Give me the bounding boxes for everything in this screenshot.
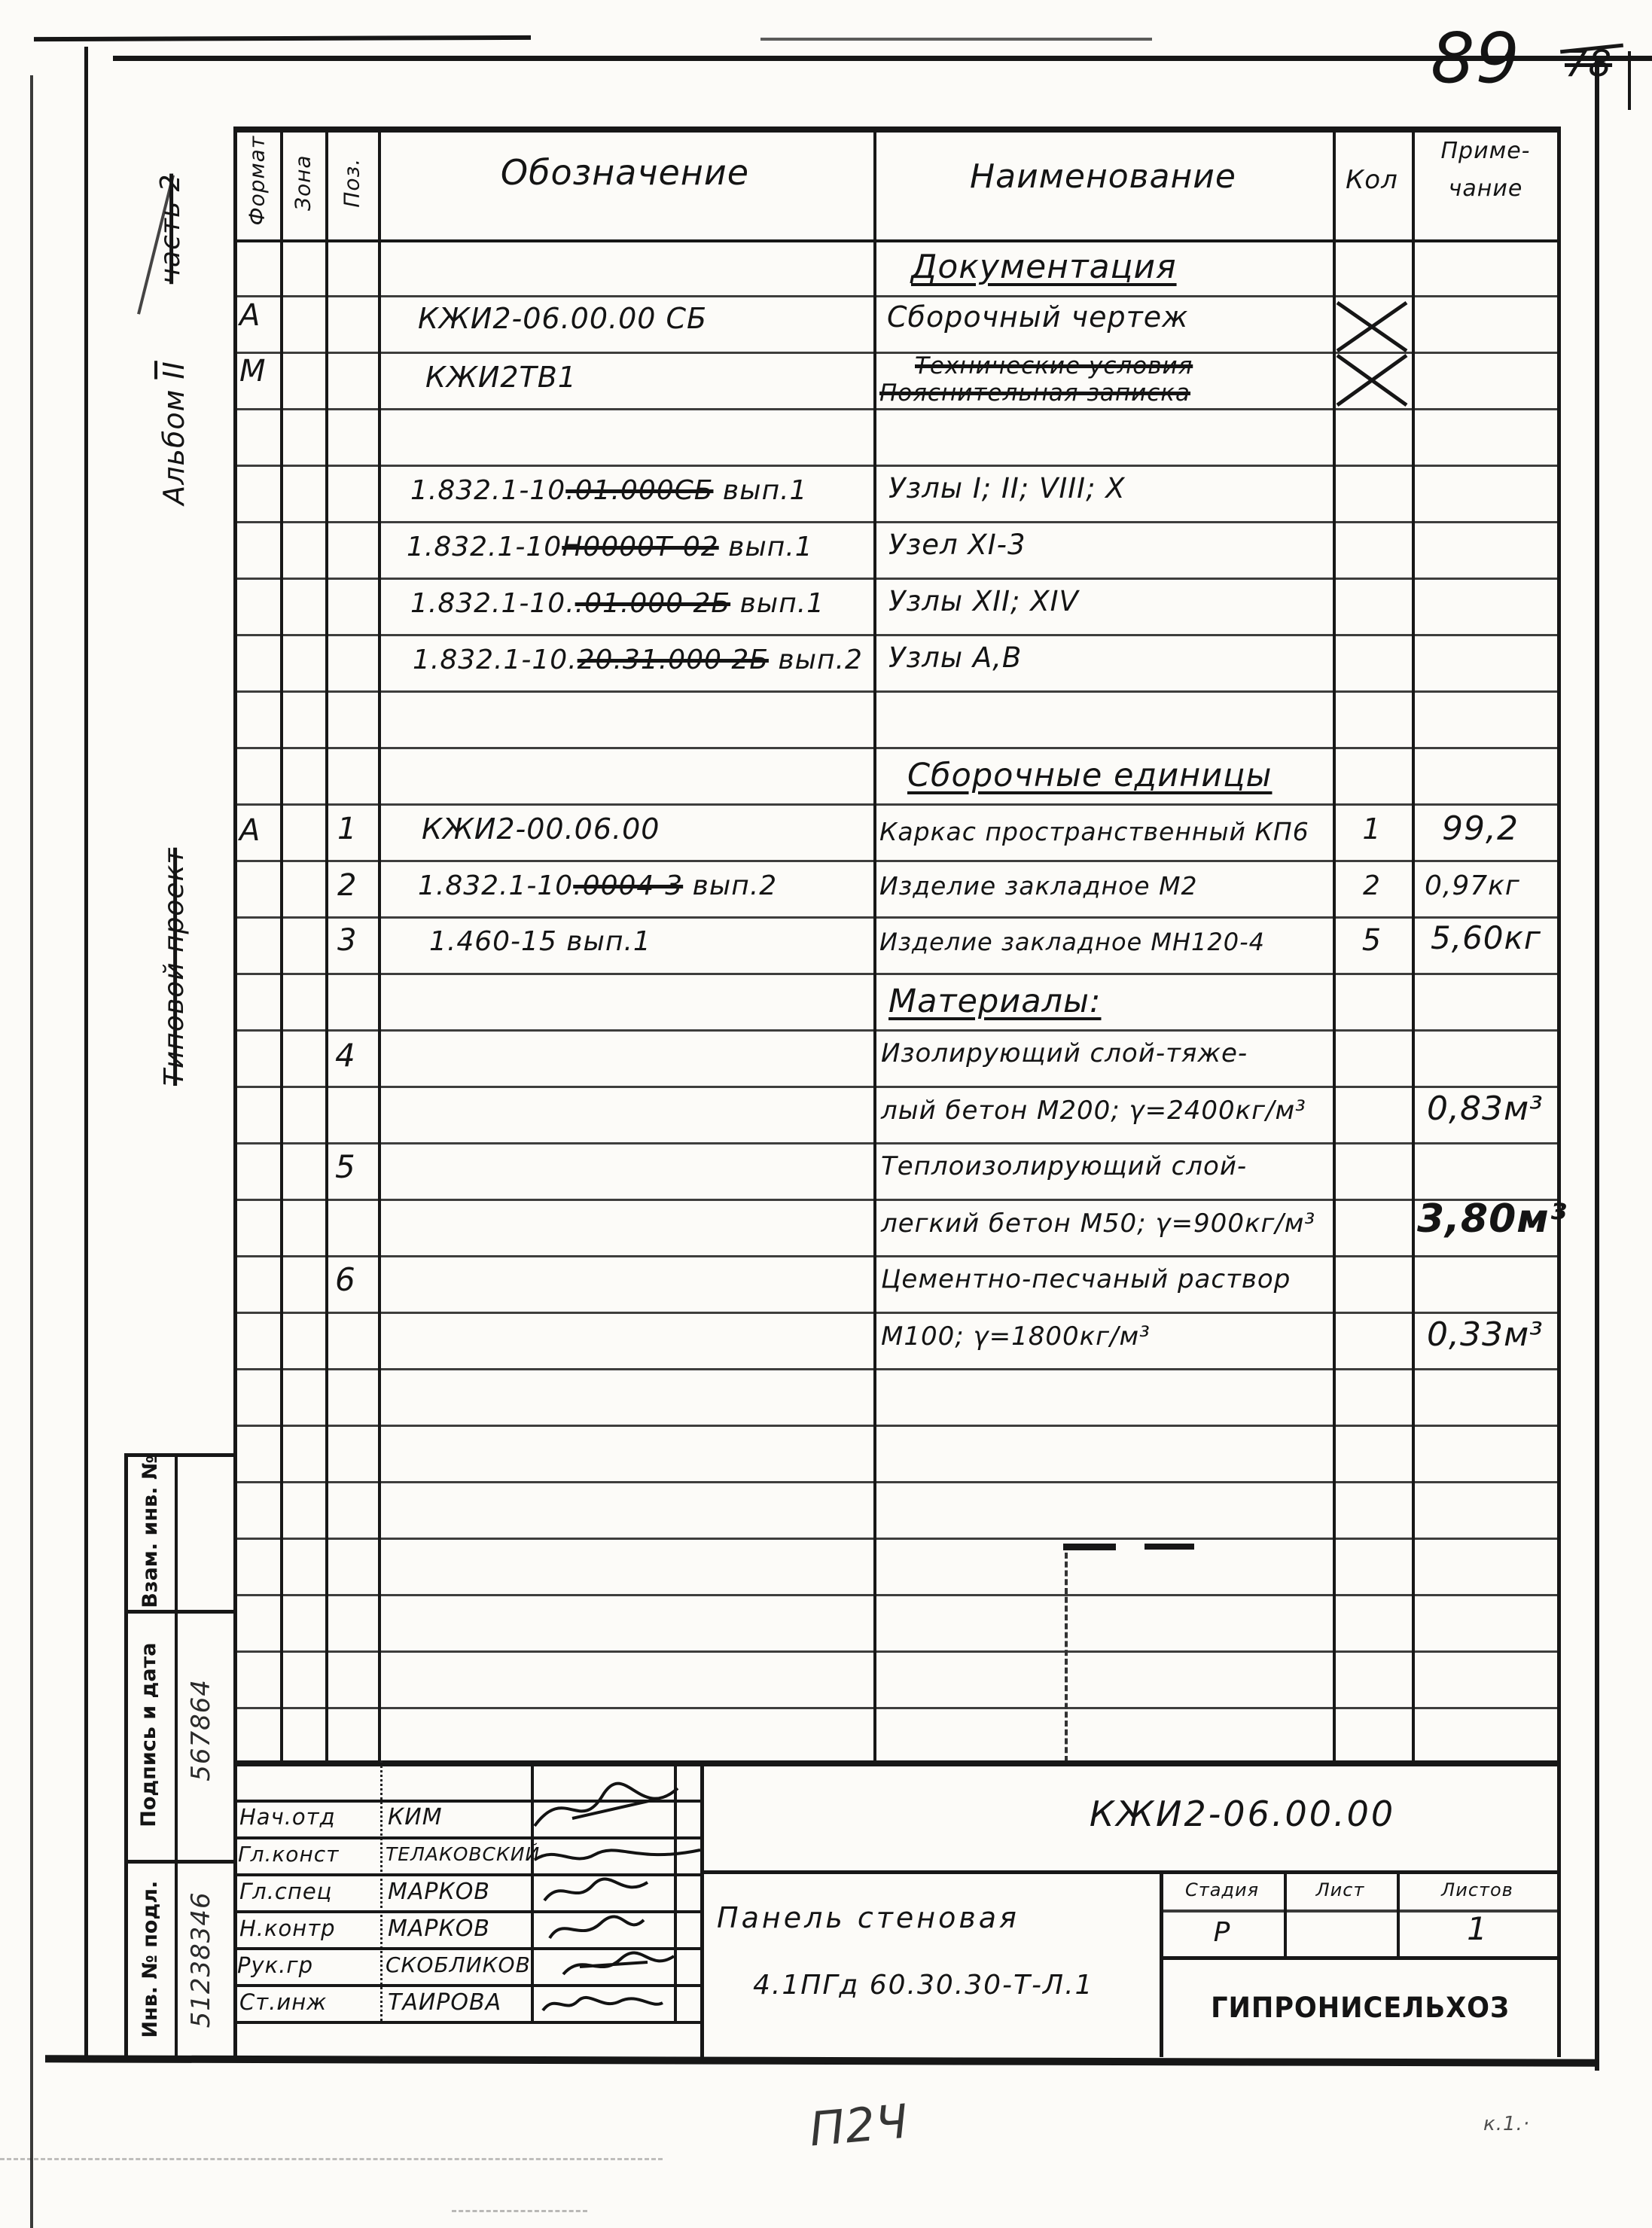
album-word: Альбом (157, 389, 190, 505)
name-cell: Узлы А,В (888, 644, 1022, 673)
designation-struck: .0004-3 (573, 870, 683, 901)
name-cell: Изделие закладное МН120-4 (879, 930, 1265, 956)
name-cell: лый бетон М200; γ=2400кг/м³ (881, 1098, 1306, 1125)
col-header-zone: Зона (291, 134, 313, 232)
pos-cell: 1 (337, 813, 357, 845)
footer-scribble: П2Ч (807, 2096, 910, 2153)
designation-issue: вып.1 (740, 588, 825, 619)
section-heading-materials: Материалы: (888, 985, 1101, 1019)
name-cell: Узел XI-3 (888, 531, 1026, 560)
signer-name: СКОБЛИКОВ (386, 1954, 531, 1976)
signature (542, 1913, 648, 1946)
signer-role: Рук.гр (237, 1954, 313, 1977)
format-cell: А (239, 815, 261, 846)
frame-bottom-line (45, 2055, 1596, 2066)
designation-prefix: 1.832.1-10. (413, 645, 578, 675)
signature (538, 1876, 651, 1908)
name-cell: Сборочный чертеж (887, 303, 1188, 333)
vzam-inv-label: Взам. инв. № (140, 1426, 161, 1637)
designation-cell: 1.832.1-10.20.31.000 2Б вып.2 (413, 646, 863, 675)
frame-top-line (34, 35, 531, 41)
signer-name: ТАИРОВА (388, 1991, 501, 2015)
name-cell: Изолирующий слой-тяже- (881, 1041, 1248, 1068)
organization-name: ГИПРОНИСЕЛЬХОЗ (1173, 1994, 1547, 2023)
designation-issue: вып.2 (778, 645, 863, 675)
col-header-format: Формат (245, 120, 267, 241)
format-cell: А (239, 300, 261, 331)
section-heading-units: Сборочные единицы (907, 759, 1272, 793)
designation-cell: 1.832.1-10Н0000Т-02 вып.1 (407, 533, 813, 562)
scanned-specification-sheet: 89 78 часть 2 Альбом II Типовой проект В… (0, 0, 1652, 2228)
name-cell: Изделие закладное М2 (879, 873, 1198, 900)
titleblock-line (1160, 1956, 1557, 1960)
stage-value: Р (1161, 1919, 1283, 1947)
pencil-mark (1063, 1544, 1116, 1550)
designation-cell: 1.832.1-10..01.000 2Б вып.1 (410, 590, 824, 618)
margin-project-note: Типовой проект (160, 839, 189, 1095)
signature (527, 1777, 685, 1837)
signature (538, 1988, 666, 2019)
album-number: II (157, 361, 190, 379)
name-cell: Каркас пространственный КП6 (879, 819, 1309, 846)
name-cell: Теплоизолирующий слой- (881, 1154, 1247, 1181)
qty-cross-mark (1334, 352, 1410, 408)
inv-podl-label: Инв. № подл. (140, 1850, 161, 2068)
podpis-handwritten-number: 567864 (188, 1640, 215, 1821)
format-cell: М (239, 355, 267, 387)
signer-name: КИМ (388, 1806, 443, 1830)
signer-name: МАРКОВ (388, 1880, 490, 1904)
titleblock-line (700, 1870, 1557, 1874)
table-line (1557, 126, 1561, 2057)
sheets-value: 1 (1398, 1913, 1556, 1946)
signer-name: ТЕЛАКОВСКИЙ (386, 1845, 540, 1864)
margin-album-note: Альбом II (160, 328, 190, 538)
designation-prefix: 1.832.1-10 (418, 870, 573, 901)
strip-line (175, 1453, 178, 2057)
section-heading-docs: Документация (911, 250, 1177, 285)
titleblock-line (233, 2021, 700, 2024)
signature (531, 1841, 704, 1871)
col-header-pos: Поз. (340, 134, 362, 232)
designation-cell: 1.832.1-10.01.000СБ вып.1 (410, 477, 807, 505)
designation-prefix: 1.832.1-10 (407, 532, 562, 562)
inv-handwritten-number: 51238346 (188, 1847, 215, 2073)
table-line (325, 126, 328, 1766)
pos-cell: 6 (335, 1263, 356, 1297)
pencil-dashed-line (1065, 1553, 1068, 1762)
drawing-title: Панель стеновая (717, 1903, 1020, 1934)
strip-line (124, 1453, 128, 2057)
stage-label: Стадия (1161, 1881, 1283, 1900)
note-cell: 0,33м³ (1427, 1318, 1544, 1352)
pencil-mark (1145, 1544, 1194, 1550)
name-cell-struck: Пояснительная записка (879, 381, 1190, 406)
frame-left-line (84, 47, 88, 2059)
name-cell: Узлы I; II; VIII; X (888, 474, 1126, 504)
note-cell: 5,60кг (1431, 922, 1541, 955)
signer-role: Гл.конст (238, 1843, 339, 1865)
designation-cell: КЖИ2-06.00.00 СБ (418, 304, 707, 334)
podpis-data-label: Подпись и дата (139, 1622, 160, 1848)
designation-issue: вып.1 (723, 475, 808, 506)
name-cell: Узлы XII; XIV (888, 587, 1079, 617)
qty-cell: 1 (1334, 815, 1410, 845)
designation-issue: вып.2 (693, 870, 778, 901)
frame-top-line (113, 56, 1652, 61)
note-cell: 3,80м³ (1417, 1199, 1568, 1240)
table-line (233, 126, 1557, 133)
designation-struck: 20.31.000 2Б (578, 645, 769, 675)
frame-right-line (1595, 57, 1599, 2071)
pos-cell: 5 (335, 1151, 356, 1184)
table-line (233, 126, 237, 2057)
pos-cell: 3 (337, 925, 357, 956)
col-header-name: Наименование (896, 160, 1310, 194)
designation-struck: .01.000СБ (565, 475, 713, 506)
signer-role: Нач.отд (239, 1806, 336, 1828)
col-header-note: чание (1416, 177, 1556, 201)
page-number: 89 (1431, 23, 1520, 96)
designation-prefix: 1.832.1-10. (410, 588, 575, 619)
note-cell: 99,2 (1442, 812, 1519, 846)
table-line (280, 126, 283, 1766)
name-cell: легкий бетон М50; γ=900кг/м³ (881, 1211, 1315, 1238)
pos-cell: 2 (337, 870, 357, 901)
col-header-designation: Обозначение (422, 154, 828, 190)
name-cell: М100; γ=1800кг/м³ (881, 1324, 1151, 1351)
drawing-title-code: 4.1ПГд 60.30.30-Т-Л.1 (753, 1971, 1093, 2000)
signer-role: Н.контр (239, 1917, 336, 1940)
footer-mark: к.1.· (1483, 2114, 1530, 2135)
qty-cell: 2 (1334, 872, 1410, 901)
signature (557, 1947, 678, 1983)
pos-cell: 4 (335, 1039, 356, 1072)
titleblock-line (700, 1760, 704, 2057)
signer-role: Гл.спец (239, 1880, 332, 1903)
table-line (873, 126, 876, 1766)
page-edge-line (30, 75, 33, 2228)
table-line (378, 126, 381, 1766)
qty-cross-mark (1334, 300, 1410, 354)
sheet-label: Лист (1285, 1881, 1395, 1900)
signer-name: МАРКОВ (388, 1917, 490, 1941)
designation-prefix: 1.832.1-10 (410, 475, 565, 506)
name-cell-struck: Технические условия (915, 354, 1193, 379)
signer-role: Ст.инж (239, 1991, 327, 2013)
titleblock-line (233, 1984, 700, 1987)
designation-cell: 1.832.1-10.0004-3 вып.2 (418, 872, 777, 901)
scan-artifact-mark (452, 2210, 587, 2212)
designation-cell: 1.460-15 вып.1 (429, 928, 651, 956)
col-header-qty: Кол (1334, 167, 1410, 194)
arrow-mark (1628, 51, 1631, 110)
qty-cell: 5 (1334, 925, 1410, 956)
col-header-note: Приме- (1416, 139, 1556, 163)
designation-issue: вып.1 (728, 532, 813, 562)
table-line (1412, 126, 1415, 1766)
scan-artifact-line (0, 2158, 663, 2160)
titleblock-line (233, 1760, 1557, 1766)
designation-struck: Н0000Т-02 (562, 532, 718, 562)
frame-top-line (760, 38, 1152, 41)
sheets-label: Листов (1398, 1881, 1556, 1900)
name-cell: Цементно-песчаный раствор (881, 1266, 1291, 1294)
designation-struck: .01.000 2Б (575, 588, 730, 619)
note-cell: 0,83м³ (1427, 1092, 1544, 1126)
designation-cell: КЖИ2ТВ1 (425, 363, 577, 393)
note-cell: 0,97кг (1425, 872, 1520, 901)
doc-number: КЖИ2-06.00.00 (941, 1796, 1544, 1832)
designation-cell: КЖИ2-00.06.00 (422, 815, 660, 845)
